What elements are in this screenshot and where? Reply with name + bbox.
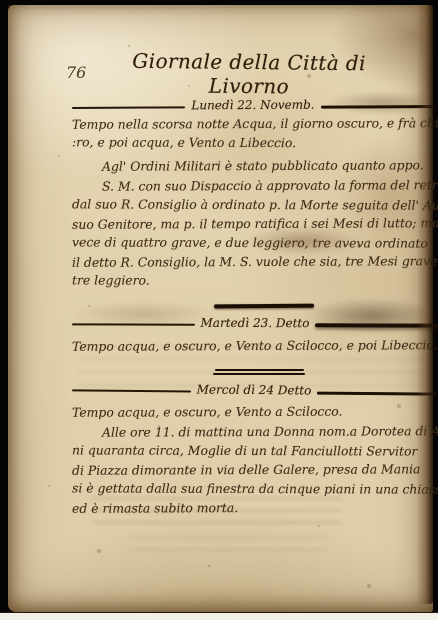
- page-number: 76: [66, 63, 86, 82]
- date-label: Lunedì 22. Novemb.: [185, 98, 320, 113]
- short-rule: [213, 373, 305, 375]
- entry-royal-dispatch-paragraph: S. M. con suo Dispaccio à approvato la f…: [72, 176, 434, 290]
- bleed-through-text: [128, 530, 328, 560]
- date-label: Martedì 23. Detto: [195, 316, 316, 330]
- date-heading-martedi-23: Martedì 23. Detto: [72, 316, 438, 333]
- manuscript-line: Tempo nella scorsa notte Acqua, il giorn…: [72, 113, 434, 134]
- entry-weather-paragraph: Tempo acqua, e oscuro, e Vento a Scilocc…: [72, 402, 434, 421]
- rule-line: [72, 106, 185, 109]
- manuscript-line: ed è rimasta subito morta.: [72, 497, 434, 518]
- rule-line: [72, 389, 191, 392]
- manuscript-line: Alle ore 11. di mattina una Donna nom.a …: [72, 421, 434, 442]
- manuscript-line: il detto R. Consiglio, la M. S. vuole ch…: [72, 251, 434, 272]
- short-rule: [214, 304, 314, 309]
- entry-weather-paragraph: Tempo nella scorsa notte Acqua, il giorn…: [72, 114, 434, 152]
- scanned-photo-frame: 76 Giornale della Città di Livorno Luned…: [0, 0, 438, 620]
- manuscript-line: S. M. con suo Dispaccio à approvato la f…: [72, 175, 434, 196]
- entry-incident-paragraph: Alle ore 11. di mattina una Donna nom.a …: [72, 422, 434, 517]
- page-gutter-shadow: [417, 5, 433, 604]
- scan-bottom-edge: [0, 612, 438, 620]
- manuscript-line: di Piazza dimorante in via delle Galere,…: [72, 459, 434, 480]
- rule-line: [72, 323, 195, 325]
- manuscript-line: Tempo acqua, e oscuro, e Vento a Scilocc…: [72, 335, 434, 356]
- manuscript-line: dal suo R. Consiglio à ordinato p. la Mo…: [72, 194, 434, 214]
- manuscript-line: Agl' Ordini Militari è stato pubblicato …: [102, 155, 434, 175]
- manuscript-line: suo Genitore, ma p. il tempo ratifica i …: [72, 213, 434, 234]
- manuscript-line: :ro, e poi acqua, e Vento a Libeccio.: [72, 132, 434, 152]
- manuscript-line: si è gettata dalla sua finestra da cinqu…: [72, 478, 434, 498]
- manuscript-line: vece di quattro grave, e due leggiero, t…: [72, 232, 434, 252]
- paper-speckles: [8, 5, 10, 7]
- entry-weather-paragraph: Tempo acqua, e oscuro, e Vento a Scilocc…: [72, 336, 434, 355]
- entry-military-orders-paragraph: Agl' Ordini Militari è stato pubblicato …: [72, 156, 434, 175]
- manuscript-page: 76 Giornale della Città di Livorno Luned…: [8, 5, 433, 612]
- page-title: Giornale della Città di Livorno: [106, 49, 392, 100]
- manuscript-line: Tempo acqua, e oscuro, e Vento a Scilocc…: [72, 401, 434, 422]
- manuscript-line: tre leggiero.: [72, 270, 434, 290]
- date-label: Mercol dì 24 Detto: [191, 382, 318, 397]
- date-heading-mercoledi-24: Mercol dì 24 Detto: [72, 382, 436, 401]
- manuscript-line: ni quaranta circa, Moglie di un tal Fanc…: [72, 440, 434, 460]
- short-rule: [215, 369, 304, 371]
